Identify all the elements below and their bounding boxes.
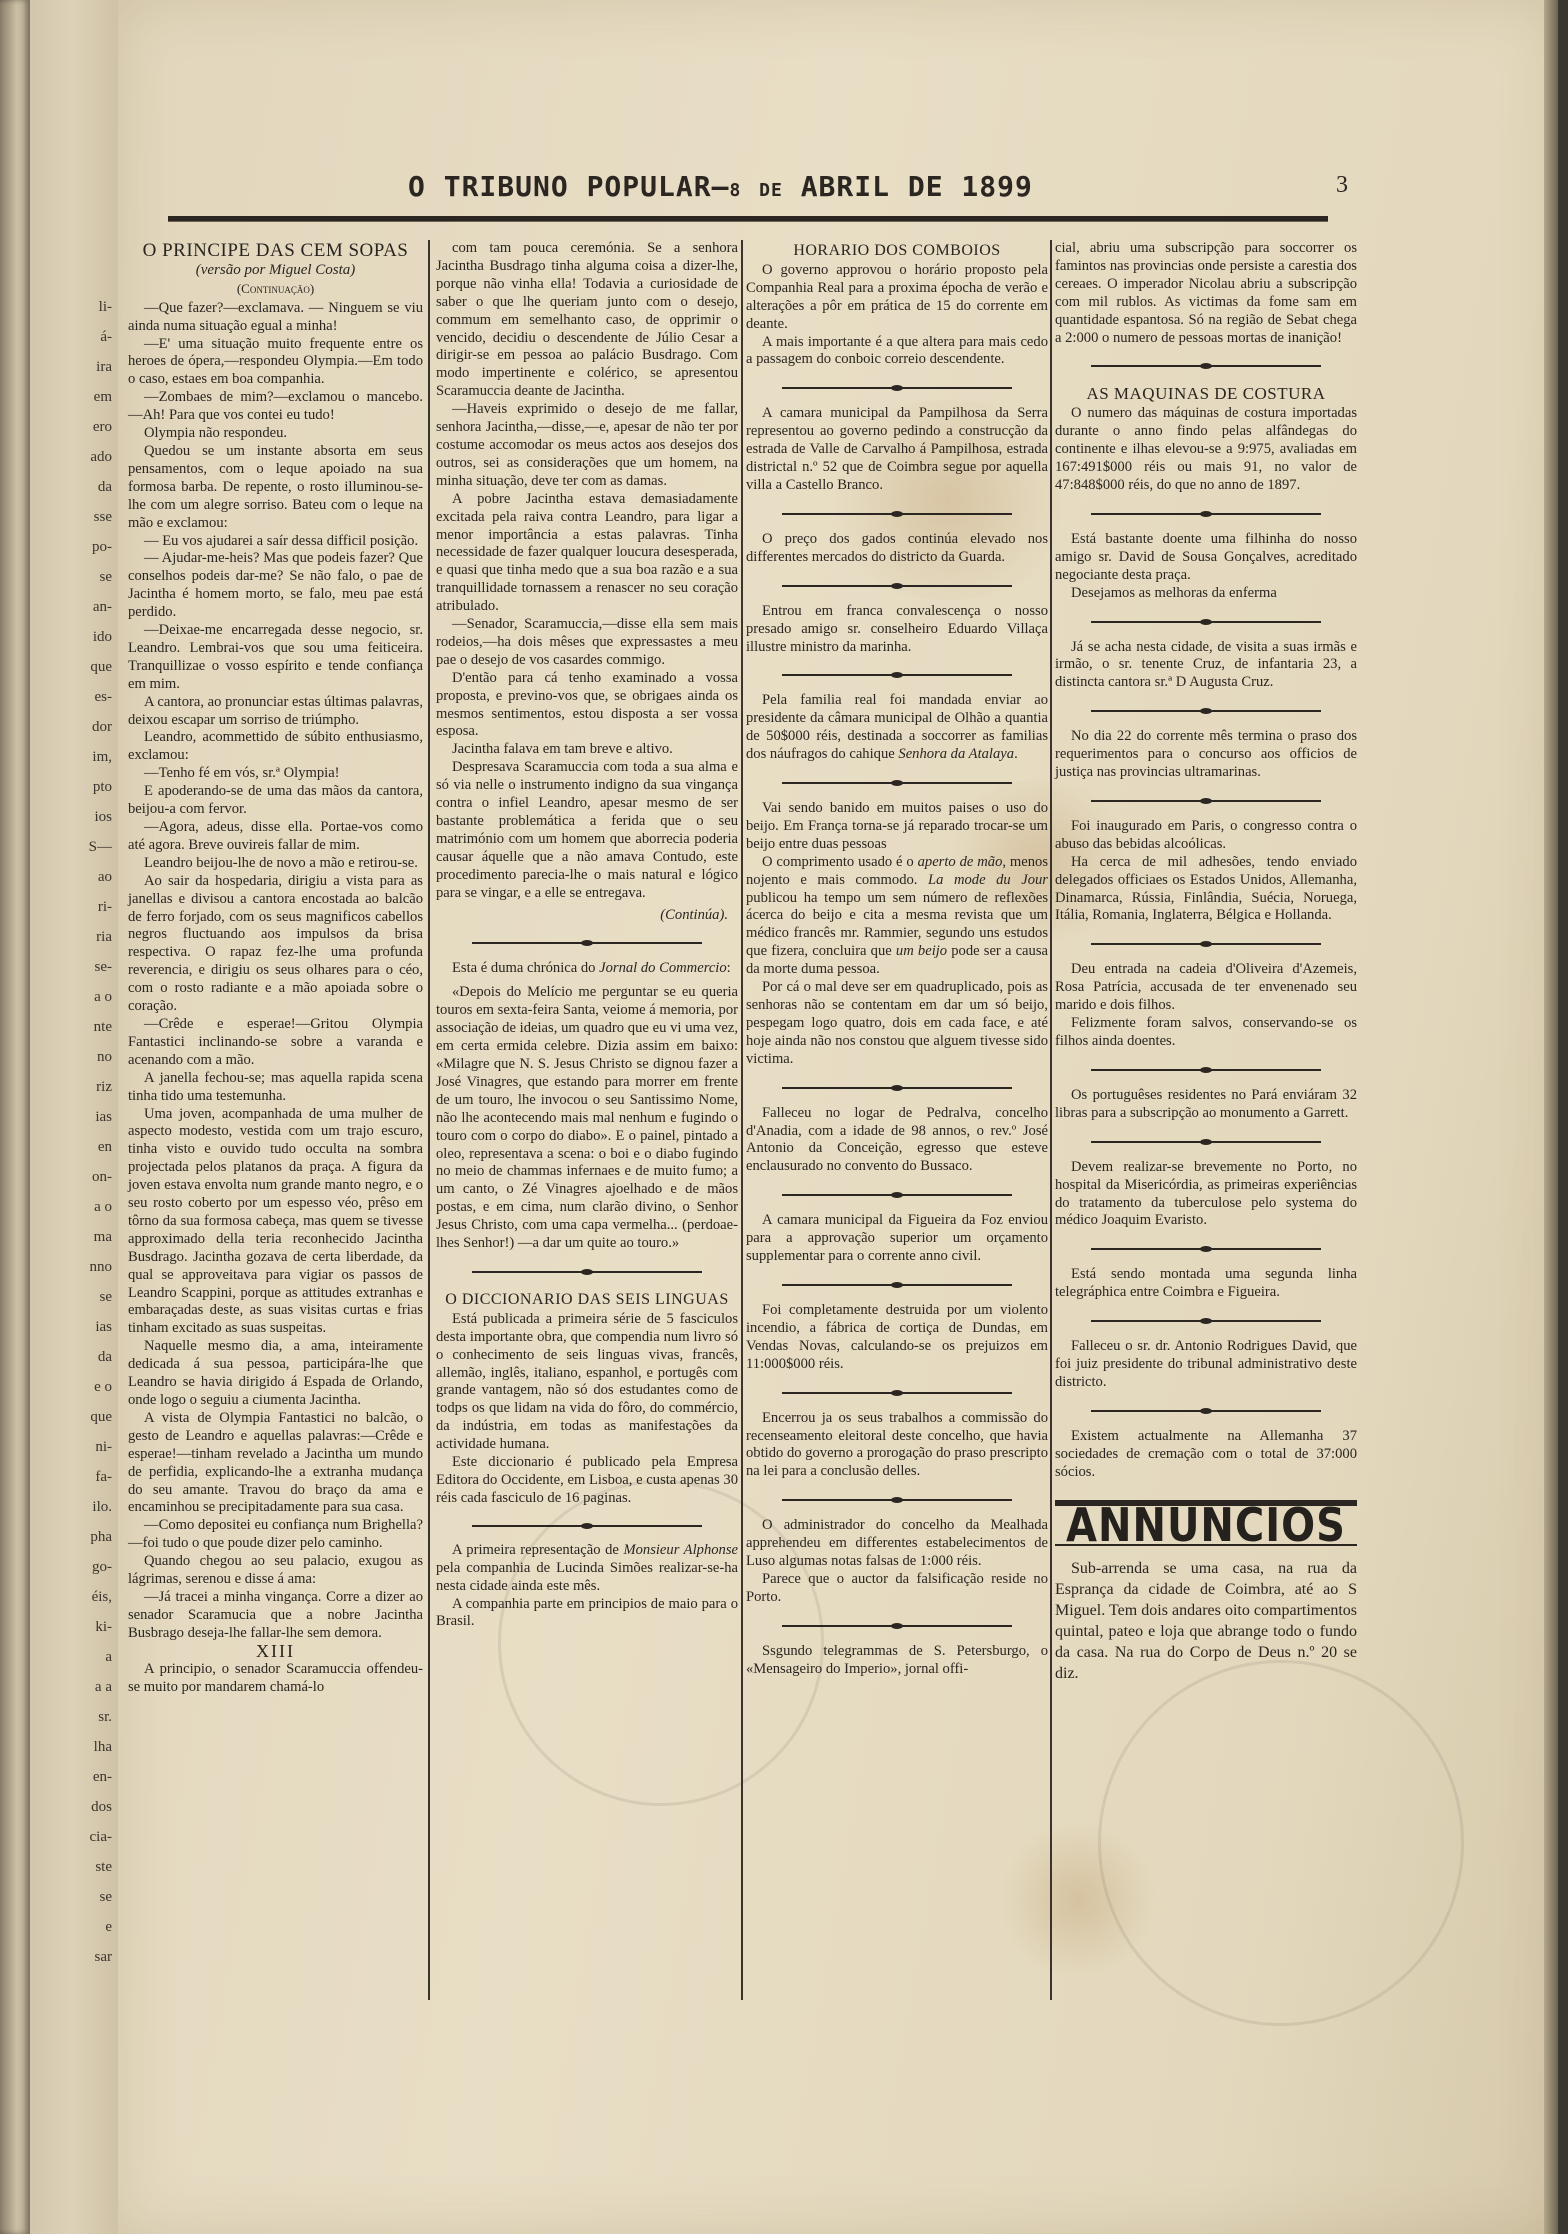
previous-page-text-fragment: se — [100, 570, 113, 585]
column-2: com tam pouca ceremónia. Se a senhora Ja… — [436, 240, 738, 1631]
news-items: O governo approvou o horário proposto pe… — [746, 262, 1048, 657]
previous-page-text-fragment: es- — [95, 690, 113, 705]
paragraph: com tam pouca ceremónia. Se a senhora Ja… — [436, 240, 738, 401]
article-body: —Que fazer?—exclamava. — Ninguem se viu … — [128, 300, 423, 1643]
paragraph: A janella fechou-se; mas aquella rapida … — [128, 1070, 423, 1106]
ornament-divider — [1055, 1392, 1357, 1428]
news-item: O administrador do concelho da Mealhada … — [746, 1517, 1048, 1607]
news-item: Devem realizar-se brevemente no Porto, n… — [1055, 1159, 1357, 1231]
ornament-divider — [1055, 1123, 1357, 1159]
paragraph: Ssgundo telegrammas de S. Petersburgo, o… — [746, 1643, 1048, 1679]
paragraph: O comprimento usado é o aperto de mão, m… — [746, 854, 1048, 979]
book-binding — [0, 0, 30, 2234]
paragraph: Foi completamente destruida por um viole… — [746, 1302, 1048, 1374]
ornament-divider — [746, 1374, 1048, 1410]
article-body: Está publicada a primeira série de 5 fas… — [436, 1311, 738, 1508]
article-title: O DICCIONARIO DAS SEIS LINGUAS — [436, 1291, 738, 1309]
header-rule — [168, 216, 1328, 222]
paragraph: Deu entrada na cadeia d'Oliveira d'Azeme… — [1055, 961, 1357, 1015]
news-items: Falleceu no logar de Pedralva, concelho … — [746, 1069, 1048, 1607]
previous-page-text-fragment: e o — [94, 1380, 112, 1395]
previous-page-text-fragment: ias — [95, 1110, 112, 1125]
previous-page-text-fragment: fa- — [95, 1470, 112, 1485]
paragraph: Desejamos as melhoras da enferma — [1055, 585, 1357, 603]
column-4-news: cial, abriu uma subscripção para soccorr… — [1055, 240, 1357, 1684]
news-item: O preço dos gados continúa elevado nos d… — [746, 531, 1048, 567]
previous-page-text-fragment: ki- — [95, 1620, 112, 1635]
previous-page-text-fragment: ido — [93, 630, 112, 645]
paragraph: E apoderando-se de uma das mãos da canto… — [128, 783, 423, 819]
previous-page-text-fragment: ias — [95, 1320, 112, 1335]
column-3-news: HORARIO DOS COMBOIOS O governo approvou … — [746, 240, 1048, 1679]
ornament-divider — [746, 1481, 1048, 1517]
previous-page-text-fragment: sse — [94, 510, 112, 525]
continuation-label: (Continuação) — [128, 280, 423, 298]
paragraph: A camara municipal da Figueira da Foz en… — [746, 1212, 1048, 1266]
previous-page-text-fragment: riz — [96, 1080, 112, 1095]
column-rule — [1050, 240, 1052, 2000]
paragraph: O numero das máquinas de costura importa… — [1055, 405, 1357, 495]
previous-page-text-fragment: sar — [95, 1950, 113, 1965]
paragraph: —Crêde e esperae!—Gritou Olympia Fantast… — [128, 1016, 423, 1070]
previous-page-text-fragment: a a — [95, 1680, 112, 1695]
previous-page-text-fragment: ao — [98, 870, 112, 885]
previous-page-text-fragment: nte — [94, 1020, 112, 1035]
paragraph: — Eu vos ajudarei a saír dessa difficil … — [128, 533, 423, 551]
previous-page-text-fragment: se — [100, 1890, 113, 1905]
news-item: Está bastante doente uma filhinha do nos… — [1055, 531, 1357, 603]
previous-page-text-fragment: li- — [99, 300, 112, 315]
paragraph: Parece que o auctor da falsificação resi… — [746, 1571, 1048, 1607]
previous-page-text-fragment: ma — [94, 1230, 112, 1245]
previous-page-text-fragment: cia- — [90, 1830, 112, 1845]
paragraph: A cantora, ao pronunciar estas últimas p… — [128, 694, 423, 730]
previous-page-text-fragment: im, — [92, 750, 112, 765]
paragraph: Por cá o mal deve ser em quadruplicado, … — [746, 979, 1048, 1069]
paragraph: Ha cerca de mil adhesões, tendo enviado … — [1055, 854, 1357, 926]
news-item: Já se acha nesta cidade, de visita a sua… — [1055, 639, 1357, 693]
news-item: A camara municipal da Figueira da Foz en… — [746, 1212, 1048, 1266]
previous-page-text-fragment: éis, — [92, 1590, 112, 1605]
paragraph: —Que fazer?—exclamava. — Ninguem se viu … — [128, 300, 423, 336]
paragraph: Encerrou ja os seus trabalhos a commissã… — [746, 1410, 1048, 1482]
paragraph: A mais importante é a que altera para ma… — [746, 334, 1048, 370]
paragraph: Uma joven, acompanhada de uma mulher de … — [128, 1106, 423, 1339]
paragraph: —Haveis exprimido o desejo de me fallar,… — [436, 401, 738, 491]
previous-page-text-fragment: se — [100, 1290, 113, 1305]
ornament-divider — [746, 656, 1048, 692]
news-items: Está bastante doente uma filhinha do nos… — [1055, 495, 1357, 1482]
newspaper-name: O TRIBUNO POPULAR — [408, 170, 712, 203]
paragraph: A companhia parte em principios de maio … — [436, 1596, 738, 1632]
previous-page-text-fragment: pha — [90, 1530, 112, 1545]
previous-page-text-fragment: da — [98, 1350, 112, 1365]
ornament-divider — [746, 1266, 1048, 1302]
previous-page-text-fragment: da — [98, 480, 112, 495]
previous-page-text-fragment: ste — [95, 1860, 112, 1875]
paragraph: Foi inaugurado em Paris, o congresso con… — [1055, 818, 1357, 854]
previous-page-text-fragment: pto — [93, 780, 112, 795]
previous-page-text-fragment: á- — [100, 330, 112, 345]
paragraph: O governo approvou o horário proposto pe… — [746, 262, 1048, 334]
paragraph: D'então para cá tenho examinado a vossa … — [436, 670, 738, 742]
ornament-divider — [1055, 782, 1357, 818]
ornament-divider — [746, 764, 1048, 800]
previous-page-text-fragment: an- — [93, 600, 112, 615]
previous-page-text-fragment: que — [90, 1410, 112, 1425]
paragraph: Despresava Scaramuccia com toda a sua al… — [436, 759, 738, 902]
column-rule — [741, 240, 743, 2000]
ornament-divider — [746, 567, 1048, 603]
news-item: Foi completamente destruida por um viole… — [746, 1302, 1048, 1374]
previous-page-text-fragment: ilo. — [92, 1500, 112, 1515]
ornament-divider — [746, 495, 1048, 531]
previous-page-text-fragment: a o — [94, 990, 112, 1005]
previous-page-text-fragment: ero — [93, 420, 112, 435]
ornament-divider — [1055, 495, 1357, 531]
ad-text: Sub-arrenda se uma casa, na rua da Espra… — [1055, 1558, 1357, 1684]
paragraph: Felizmente foram salvos, conservando-se … — [1055, 1015, 1357, 1051]
article-byline: (versão por Miguel Costa) — [128, 262, 423, 280]
ornament-divider — [1055, 603, 1357, 639]
news-item: Existem actualmente na Allemanha 37 soci… — [1055, 1428, 1357, 1482]
news-item: Falleceu o sr. dr. Antonio Rodrigues Dav… — [1055, 1338, 1357, 1392]
article-title: AS MAQUINAS DE COSTURA — [1055, 385, 1357, 403]
previous-page-text-fragment: ios — [94, 810, 112, 825]
paragraph: Quedou se um instante absorta em seus pe… — [128, 443, 423, 533]
previous-page-text-fragment: ri- — [98, 900, 112, 915]
previous-page-text-fragment: ria — [96, 930, 112, 945]
previous-page-text-fragment: ni- — [95, 1440, 112, 1455]
paragraph: Falleceu no logar de Pedralva, concelho … — [746, 1105, 1048, 1177]
paragraph: —E' uma situação muito frequente entre o… — [128, 336, 423, 390]
paragraph: Jacintha falava em tam breve e altivo. — [436, 741, 738, 759]
previous-page-text-fragment: a — [105, 1650, 112, 1665]
news-item: A camara municipal da Pampilhosa da Serr… — [746, 405, 1048, 495]
previous-page-text-fragment: no — [97, 1050, 112, 1065]
page-number: 3 — [1336, 172, 1348, 199]
previous-page-text-fragment: on- — [92, 1170, 112, 1185]
news-item: Foi inaugurado em Paris, o congresso con… — [1055, 818, 1357, 925]
previous-page-text-fragment: em — [94, 390, 112, 405]
previous-page-text-fragment: que — [90, 660, 112, 675]
paragraph: Pela familia real foi mandada enviar ao … — [746, 692, 1048, 764]
paragraph: Vai sendo banido em muitos paises o uso … — [746, 800, 1048, 854]
paragraph: — Ajudar-me-heis? Mas que podeis fazer? … — [128, 550, 423, 622]
paragraph: No dia 22 do corrente mês termina o pras… — [1055, 728, 1357, 782]
ornament-divider — [436, 924, 738, 960]
paragraph: A pobre Jacintha estava demasiadamente e… — [436, 491, 738, 616]
paragraph: Olympia não respondeu. — [128, 425, 423, 443]
masthead: O TRIBUNO POPULAR—8 DE ABRIL DE 1899 — [408, 170, 1188, 203]
paragraph: Está publicada a primeira série de 5 fas… — [436, 1311, 738, 1454]
news-item: Falleceu no logar de Pedralva, concelho … — [746, 1105, 1048, 1177]
paragraph: —Tenho fé em vós, sr.ª Olympia! — [128, 765, 423, 783]
previous-page-text-fragment: e — [105, 1920, 112, 1935]
ornament-divider — [1055, 1051, 1357, 1087]
ornament-divider — [746, 1607, 1048, 1643]
paragraph: —Já tracei a minha vingança. Corre a diz… — [128, 1589, 423, 1643]
ornament-divider — [746, 1069, 1048, 1105]
paragraph: —Deixae-me encarregada desse negocio, sr… — [128, 622, 423, 694]
paragraph: —Como depositei eu confiança num Brighel… — [128, 1517, 423, 1553]
paragraph: cial, abriu uma subscripção para soccorr… — [1055, 240, 1357, 347]
previous-page-text-fragment: en — [98, 1140, 112, 1155]
ornament-divider — [1055, 925, 1357, 961]
previous-page-text-fragment: ira — [96, 360, 112, 375]
column-rule — [428, 240, 430, 2000]
ornament-divider — [436, 1253, 738, 1289]
paragraph: Falleceu o sr. dr. Antonio Rodrigues Dav… — [1055, 1338, 1357, 1392]
previous-page-text-fragment: dos — [91, 1800, 112, 1815]
article-title: HORARIO DOS COMBOIOS — [746, 242, 1048, 260]
paragraph: Devem realizar-se brevemente no Porto, n… — [1055, 1159, 1357, 1231]
previous-page-text-fragment: dor — [92, 720, 112, 735]
ornament-divider — [1055, 347, 1357, 383]
previous-page-text-fragment: go- — [92, 1560, 112, 1575]
previous-page-text-fragment: lha — [94, 1740, 112, 1755]
ornament-divider — [1055, 692, 1357, 728]
previous-page-text-fragment: se- — [95, 960, 113, 975]
news-item: O governo approvou o horário proposto pe… — [746, 262, 1048, 369]
news-item: Está sendo montada uma segunda linha tel… — [1055, 1266, 1357, 1302]
paragraph: Entrou em franca convalescença o nosso p… — [746, 603, 1048, 657]
paragraph: Naquelle mesmo dia, a ama, inteiramente … — [128, 1338, 423, 1410]
advertisement: Sub-arrenda se uma casa, na rua da Espra… — [1055, 1558, 1357, 1684]
page-edge — [1544, 0, 1558, 2234]
previous-page-text-fragment: a o — [94, 1200, 112, 1215]
paragraph: Está bastante doente uma filhinha do nos… — [1055, 531, 1357, 585]
newspaper-page: O TRIBUNO POPULAR—8 DE ABRIL DE 1899 3 O… — [118, 0, 1558, 2234]
previous-page-text-fragment: S— — [89, 840, 112, 855]
previous-page-text-fragment: sr. — [98, 1710, 112, 1725]
paragraph: Os portuguêses residentes no Pará enviár… — [1055, 1087, 1357, 1123]
paragraph: Leandro beijou-lhe de novo a mão e retir… — [128, 855, 423, 873]
paragraph: A primeira representação de Monsieur Alp… — [436, 1542, 738, 1596]
advertisements-heading: ANNUNCIOS — [1055, 1516, 1357, 1537]
paragraph: —Agora, adeus, disse ella. Portae-vos co… — [128, 819, 423, 855]
previous-page-text-fragment: nno — [90, 1260, 113, 1275]
news-item: Deu entrada na cadeia d'Oliveira d'Azeme… — [1055, 961, 1357, 1051]
news-item: Encerrou ja os seus trabalhos a commissã… — [746, 1410, 1048, 1482]
ornament-divider — [1055, 1230, 1357, 1266]
continua-label: (Continúa). — [436, 907, 728, 925]
paragraph: A principio, o senador Scaramuccia offen… — [128, 1661, 423, 1697]
paragraph: Leandro, acommettido de súbito enthusias… — [128, 729, 423, 765]
date-day: 8 — [729, 180, 741, 201]
news-item: Entrou em franca convalescença o nosso p… — [746, 603, 1048, 657]
news-item: No dia 22 do corrente mês termina o pras… — [1055, 728, 1357, 782]
paragraph: O administrador do concelho da Mealhada … — [746, 1517, 1048, 1571]
date-month-year: ABRIL DE 1899 — [801, 170, 1033, 203]
ornament-divider — [746, 369, 1048, 405]
column-1-feuilleton: O PRINCIPE DAS CEM SOPAS (versão por Mig… — [128, 240, 423, 1696]
ornament-divider — [436, 1508, 738, 1542]
chronica-text: «Depois do Melício me perguntar se eu qu… — [436, 984, 738, 1253]
chronica-intro: Esta é duma chrónica do Jornal do Commer… — [436, 960, 738, 978]
paragraph: A camara municipal da Pampilhosa da Serr… — [746, 405, 1048, 495]
article-body: com tam pouca ceremónia. Se a senhora Ja… — [436, 240, 738, 903]
paragraph: Já se acha nesta cidade, de visita a sua… — [1055, 639, 1357, 693]
previous-page-text-fragment: po- — [92, 540, 112, 555]
previous-page-text-fragment: ado — [90, 450, 112, 465]
paragraph: O preço dos gados continúa elevado nos d… — [746, 531, 1048, 567]
previous-page-text-fragment: en- — [93, 1770, 112, 1785]
ornament-divider — [746, 1176, 1048, 1212]
paragraph: A vista de Olympia Fantastici no balcão,… — [128, 1410, 423, 1517]
article-title: O PRINCIPE DAS CEM SOPAS — [128, 242, 423, 260]
chapter-number: XIII — [128, 1643, 423, 1661]
ornament-divider — [1055, 1302, 1357, 1338]
paragraph: Quando chegou ao seu palacio, exugou as … — [128, 1553, 423, 1589]
paragraph: Existem actualmente na Allemanha 37 soci… — [1055, 1428, 1357, 1482]
paragraph: —Zombaes de mim?—exclamou o mancebo.—Ah!… — [128, 389, 423, 425]
news-item: Os portuguêses residentes no Pará enviár… — [1055, 1087, 1357, 1123]
paragraph: Este diccionario é publicado pela Empres… — [436, 1454, 738, 1508]
paragraph: —Senador, Scaramuccia,—disse ella sem ma… — [436, 616, 738, 670]
paragraph: Ao sair da hospedaria, dirigiu a vista p… — [128, 873, 423, 1016]
paragraph: Está sendo montada uma segunda linha tel… — [1055, 1266, 1357, 1302]
